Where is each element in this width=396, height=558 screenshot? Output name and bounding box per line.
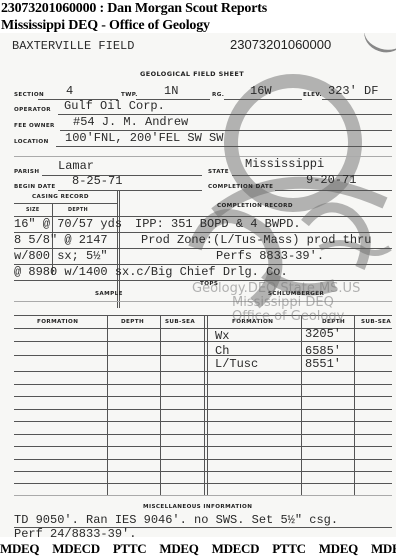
divider: [14, 301, 392, 302]
footer-link-pttc[interactable]: PTTC: [272, 541, 305, 556]
completion-date-value: 9-20-71: [306, 173, 356, 187]
divider: [14, 203, 117, 204]
column-divider: [354, 315, 355, 495]
rule: [14, 483, 392, 484]
parish-value: Lamar: [58, 159, 94, 173]
completion-date-label: COMPLETION DATE: [208, 184, 273, 190]
column-divider: [160, 315, 161, 495]
state-label: STATE: [208, 169, 229, 175]
underline: [58, 190, 202, 191]
casing-line-2: 8 5/8" @ 2147: [14, 233, 108, 247]
footer-link-mdecd[interactable]: MDECD: [52, 541, 100, 556]
underline: [224, 99, 302, 100]
scanned-field-sheet: BAXTERVILLE FIELD 23073201060000 GEOLOGI…: [0, 33, 396, 537]
tops-depth-1: 3205': [305, 327, 341, 341]
completion-record-label: COMPLETION RECORD: [217, 203, 293, 209]
column-divider: [204, 315, 205, 495]
misc-line-1: TD 9050'. Ran IES 9046'. no SWS. Set 5½"…: [14, 513, 338, 527]
rule: [14, 371, 392, 372]
footer-link-pttc[interactable]: PTTC: [113, 541, 146, 556]
page-curl-decoration: [360, 33, 396, 57]
underline: [56, 146, 392, 147]
casing-line-4: @ 8980 w/1400 sx.c/Big Chief Drlg. Co.: [14, 265, 288, 279]
casing-record-label: CASING RECORD: [32, 194, 89, 200]
rule: [14, 384, 392, 385]
casing-line-1: 16" @ 70/57 yds: [14, 217, 122, 231]
column-divider: [301, 315, 302, 495]
completion-line-1: IPP: 351 BOPD & 4 BWPD.: [135, 217, 301, 231]
section-value: 4: [66, 84, 73, 98]
rule: [14, 434, 392, 435]
completion-line-3: Perfs 8833-39'.: [216, 249, 324, 263]
field-name: BAXTERVILLE FIELD: [12, 39, 134, 53]
fee-owner-value: #54 J. M. Andrew: [73, 115, 188, 129]
rg-label: RG.: [212, 92, 224, 98]
underline: [275, 190, 392, 191]
schl-subsea-header: SUB-SEA: [361, 319, 391, 325]
watermark-line3: Office of Geology: [232, 309, 344, 324]
sample-depth-header: DEPTH: [121, 319, 144, 325]
operator-label: OPERATOR: [14, 107, 51, 113]
location-value: 100'FNL, 200'FEL SW SW: [65, 131, 223, 145]
footer-link-mdeq[interactable]: MDEQ: [159, 541, 198, 556]
rg-value: 16W: [250, 84, 272, 98]
parish-label: PARISH: [14, 169, 39, 175]
rule: [14, 459, 392, 460]
casing-line-3: w/800 sx; 5½": [14, 249, 108, 263]
footer-link-mdeq[interactable]: MDEQ: [0, 541, 39, 556]
tops-formation-3: L/Tusc: [215, 357, 258, 371]
api-number: 23073201060000: [230, 37, 331, 52]
footer-links: MDEQMDECDPTTCMDEQMDECDPTTCMDEQMDECDPTTC: [0, 541, 396, 557]
rule: [14, 396, 392, 397]
twp-label: TWP.: [121, 92, 138, 98]
state-value: Mississippi: [245, 157, 324, 171]
misc-info-label: MISCELLANEOUS INFORMATION: [143, 504, 252, 510]
rule: [14, 446, 392, 447]
watermark-url: Geology.DEQ.State.MS.US: [192, 281, 360, 296]
sample-subsea-header: SUB-SEA: [165, 319, 195, 325]
rule: [14, 471, 392, 472]
footer-link-mdeq[interactable]: MDEQ: [319, 541, 358, 556]
rule: [14, 495, 392, 496]
rule: [14, 409, 392, 410]
casing-depth-label: DEPTH: [68, 208, 88, 213]
form-title: GEOLOGICAL FIELD SHEET: [140, 70, 244, 78]
rule: [14, 341, 392, 342]
size-label: SIZE: [26, 208, 40, 213]
page-header-subtitle: Mississippi DEQ - Office of Geology: [1, 18, 210, 34]
underline: [322, 99, 392, 100]
divider: [14, 156, 392, 157]
elev-label: ELEV.: [303, 92, 322, 98]
column-divider: [107, 315, 108, 495]
begin-date-value: 8-25-71: [72, 174, 122, 188]
tops-depth-3: 8551': [305, 357, 341, 371]
twp-value: 1N: [164, 84, 178, 98]
sample-formation-header: FORMATION: [37, 319, 78, 325]
fee-owner-label: FEE OWNER: [14, 123, 55, 129]
section-label: SECTION: [14, 92, 44, 98]
rule: [14, 421, 392, 422]
page-header-title: 23073201060000 : Dan Morgan Scout Report…: [1, 1, 267, 17]
begin-date-label: BEGIN DATE: [14, 184, 56, 190]
watermark-line2: Mississippi DEQ: [232, 295, 334, 310]
operator-value: Gulf Oil Corp.: [64, 99, 165, 113]
location-label: LOCATION: [14, 139, 49, 145]
footer-link-mdecd[interactable]: MDECD: [212, 541, 260, 556]
column-divider: [207, 315, 208, 495]
elev-value: 323' DF: [328, 84, 378, 98]
completion-line-2: Prod Zone:(L/Tus-Mass) prod thru: [141, 233, 371, 247]
misc-line-2: Perf 24/8833-39'.: [14, 527, 136, 537]
footer-link-mdecd[interactable]: MDECD: [371, 541, 396, 556]
rule: [14, 355, 392, 356]
sample-label: SAMPLE: [95, 291, 123, 297]
